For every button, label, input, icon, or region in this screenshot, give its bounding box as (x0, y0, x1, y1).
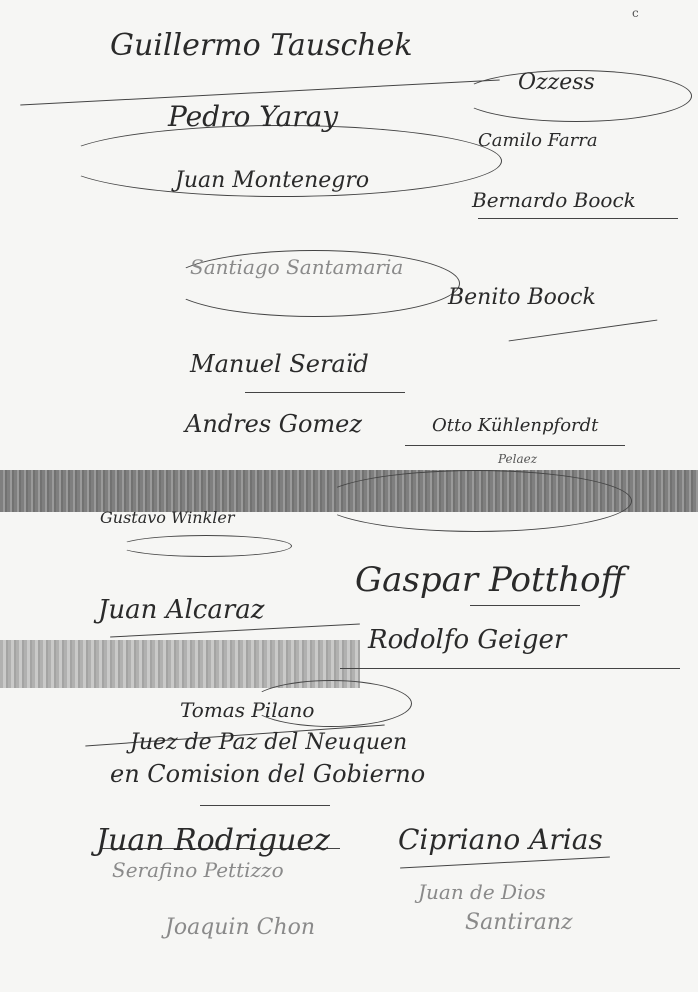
signature-tomas-pilano: Tomas Pilano (180, 698, 314, 722)
flourish-line (509, 320, 658, 342)
signature-guillermo-tauschek: Guillermo Tauschek (110, 28, 413, 63)
signature-otto-kuhlenpfordt: Otto Kühlenpfordt (432, 415, 598, 436)
flourish-line (245, 392, 405, 393)
signature-manuel-seraid: Manuel Seraïd (190, 350, 369, 378)
flourish-line (478, 218, 678, 219)
signature-rodolfo-geiger: Rodolfo Geiger (368, 625, 566, 655)
signature-camilo-farra: Camilo Farra (478, 130, 598, 151)
flourish-loop (320, 470, 632, 532)
flourish-line (340, 668, 680, 669)
title-comision-gobierno: en Comision del Gobierno (110, 760, 425, 788)
signature-juan-rodriguez: Juan Rodriguez (96, 823, 330, 858)
flourish-line (405, 445, 625, 446)
signature-gustavo-winkler: Gustavo Winkler (100, 508, 235, 527)
signature-joaquin-chon: Joaquin Chon (165, 915, 315, 940)
signature-cipriano-arias: Cipriano Arias (398, 823, 603, 856)
title-juez-de-paz: Juez de Paz del Neuquen (130, 730, 407, 755)
signature-juan-de-dios: Juan de Dios (418, 880, 546, 904)
flourish-line (200, 805, 330, 806)
signature-gaspar-potthoff: Gaspar Potthoff (355, 560, 625, 600)
signature-bernardo-boock: Bernardo Boock (472, 188, 636, 212)
flourish-line (400, 857, 610, 869)
faint-name-mark: Pelaez (498, 452, 537, 466)
signature-ozzess: Ozzess (518, 70, 595, 95)
signature-santiago-santamaria: Santiago Santamaria (190, 255, 403, 279)
flourish-line (110, 623, 360, 637)
signature-santiranz: Santiranz (465, 910, 573, 935)
scanned-document-page: Guillermo Tauschek Ozzess Pedro Yaray Ca… (0, 0, 698, 992)
signature-andres-gomez: Andres Gomez (185, 410, 362, 438)
signature-pedro-yaray: Pedro Yaray (168, 100, 338, 133)
signature-juan-alcaraz: Juan Alcaraz (98, 595, 264, 625)
signature-serafino-pettizzo: Serafino Pettizzo (112, 858, 284, 882)
flourish-line (470, 605, 580, 606)
corner-mark: c (632, 6, 639, 20)
signature-benito-boock: Benito Boock (448, 285, 596, 310)
flourish-loop (120, 535, 292, 557)
signature-juan-montenegro: Juan Montenegro (175, 168, 369, 193)
